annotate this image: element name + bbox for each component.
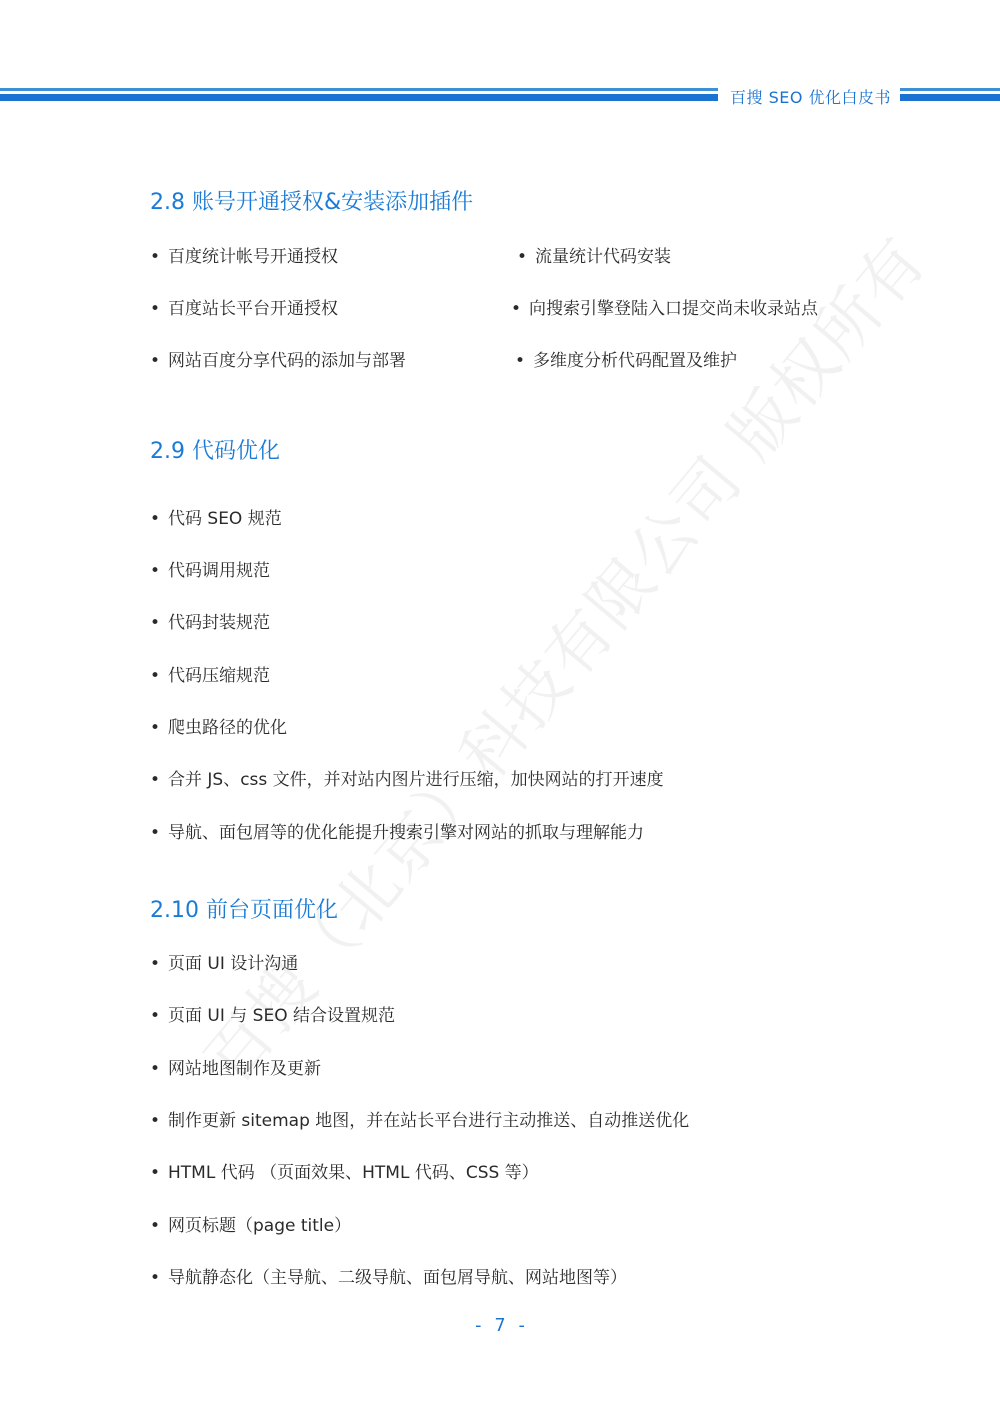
list-item: •向搜索引擎登陆入口提交尚未收录站点 [511,294,818,319]
bullet-icon: • [150,718,168,738]
list-item: •页面 UI 与 SEO 结合设置规范 [150,1001,395,1026]
bullet-icon: • [150,561,168,581]
bullet-icon: • [150,1111,168,1131]
bullet-icon: • [150,299,168,319]
list-item: •代码调用规范 [150,556,270,581]
bullet-icon: • [150,666,168,686]
bullet-icon: • [150,509,168,529]
list-item: •代码封装规范 [150,608,270,633]
bullet-icon: • [517,247,535,267]
bullet-icon: • [150,1268,168,1288]
list-item: •多维度分析代码配置及维护 [515,346,737,371]
bullet-icon: • [150,613,168,633]
list-item: •代码压缩规范 [150,661,270,686]
list-item: •百度统计帐号开通授权 [150,242,338,267]
header-rule-left-thick [0,94,718,101]
list-item: •网站百度分享代码的添加与部署 [150,346,406,371]
list-item: •导航静态化（主导航、二级导航、面包屑导航、网站地图等） [150,1263,627,1288]
bullet-icon: • [150,1163,168,1183]
bullet-icon: • [150,1216,168,1236]
list-item: •页面 UI 设计沟通 [150,949,298,974]
bullet-icon: • [150,1059,168,1079]
list-item: •合并 JS、css 文件，并对站内图片进行压缩，加快网站的打开速度 [150,765,664,790]
header-rule-right-thick [900,94,1000,101]
bullet-icon: • [150,351,168,371]
list-item: •网站地图制作及更新 [150,1054,321,1079]
bullet-icon: • [150,247,168,267]
list-item: •流量统计代码安装 [517,242,671,267]
header-title: 百搜 SEO 优化白皮书 [730,85,891,108]
list-item: •代码 SEO 规范 [150,504,282,529]
section-title-2-8: 2.8 账号开通授权&安装添加插件 [150,185,473,216]
section-title-2-10: 2.10 前台页面优化 [150,893,338,924]
list-item: •网页标题（page title） [150,1211,351,1236]
section-title-2-9: 2.9 代码优化 [150,434,280,465]
page-number: - 7 - [0,1315,1000,1336]
bullet-icon: • [150,823,168,843]
bullet-icon: • [150,1006,168,1026]
list-item: •HTML 代码 （页面效果、HTML 代码、CSS 等） [150,1158,539,1183]
header-rule-left-thin [0,88,718,91]
list-item: •导航、面包屑等的优化能提升搜索引擎对网站的抓取与理解能力 [150,818,644,843]
list-item: •制作更新 sitemap 地图，并在站长平台进行主动推送、自动推送优化 [150,1106,689,1131]
bullet-icon: • [150,954,168,974]
bullet-icon: • [150,770,168,790]
bullet-icon: • [511,299,529,319]
list-item: •百度站长平台开通授权 [150,294,338,319]
header-rule-right-thin [900,88,1000,91]
list-item: •爬虫路径的优化 [150,713,287,738]
bullet-icon: • [515,351,533,371]
